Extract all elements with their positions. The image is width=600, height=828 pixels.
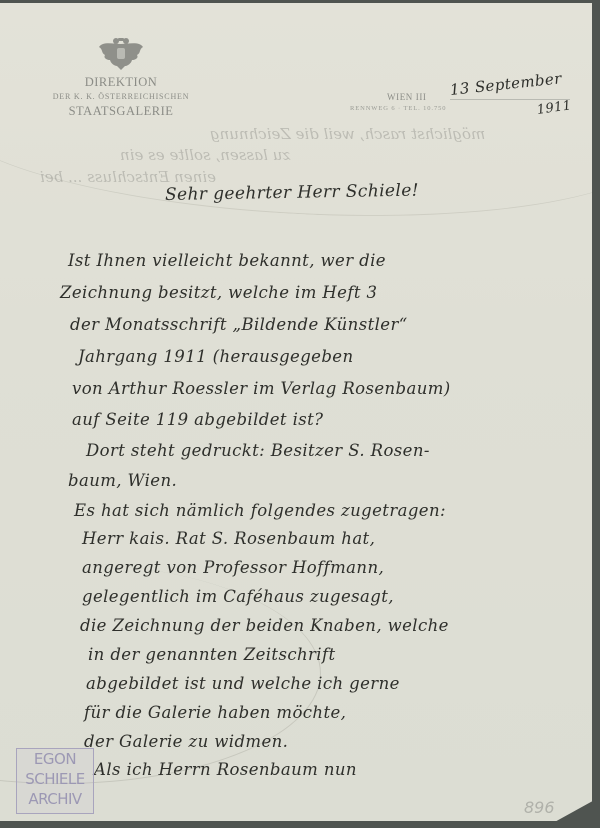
letter-line: Herr kais. Rat S. Rosenbaum hat, [82, 529, 375, 548]
letter-line: Es hat sich nämlich folgendes zugetragen… [74, 501, 446, 520]
letter-line: Ist Ihnen vielleicht bekannt, wer die [68, 251, 386, 270]
stamp-line: EGON [17, 749, 93, 769]
bleed-through-text: zu lassen, sollte es ein [120, 146, 290, 164]
letter-line: gelegentlich im Caféhaus zugesagt, [82, 587, 394, 606]
letterhead-direktion: DIREKTION [0, 75, 242, 90]
letterhead-staatsgalerie: STAATSGALERIE [0, 104, 242, 119]
letter-line: Jahrgang 1911 (herausgegeben [78, 347, 354, 366]
letter-line: Als ich Herrn Rosenbaum nun [94, 760, 357, 779]
letter-line: der Monatsschrift „Bildende Künstler“ [70, 315, 408, 334]
document-scan: DIREKTION DER K. K. ÖSTERREICHISCHEN STA… [0, 0, 600, 828]
letter-line: der Galerie zu widmen. [84, 732, 288, 751]
letterhead-city: WIEN III [387, 92, 427, 102]
letter-paper: DIREKTION DER K. K. ÖSTERREICHISCHEN STA… [0, 3, 592, 821]
letter-line: Zeichnung besitzt, welche im Heft 3 [60, 283, 377, 302]
archive-page-number: 896 [524, 798, 555, 817]
letter-line: abgebildet ist und welche ich gerne [86, 674, 400, 693]
letter-line: in der genannten Zeitschrift [88, 645, 336, 664]
stamp-line: ARCHIV [17, 789, 93, 809]
bleed-through-text: möglichst rasch, weil die Zeichnung [210, 125, 485, 143]
letterhead-institution: DER K. K. ÖSTERREICHISCHEN [0, 92, 242, 101]
eagle-crest-icon [97, 35, 145, 71]
letter-line: für die Galerie haben möchte, [84, 703, 346, 722]
letter-line: von Arthur Roessler im Verlag Rosenbaum) [72, 379, 451, 398]
egon-schiele-archiv-stamp: EGON SCHIELE ARCHIV [16, 748, 94, 814]
letterhead-address: RENNWEG 6 · TEL. 10.750 [350, 105, 446, 112]
letter-line: angeregt von Professor Hoffmann, [82, 558, 384, 577]
letter-line: auf Seite 119 abgebildet ist? [72, 410, 323, 429]
letter-line: baum, Wien. [68, 471, 177, 490]
letter-line: Dort steht gedruckt: Besitzer S. Rosen- [86, 441, 430, 460]
letter-line: die Zeichnung der beiden Knaben, welche [80, 616, 449, 635]
stamp-line: SCHIELE [17, 769, 93, 789]
bleed-through-text: einen Entschluss ... bei [40, 168, 216, 186]
